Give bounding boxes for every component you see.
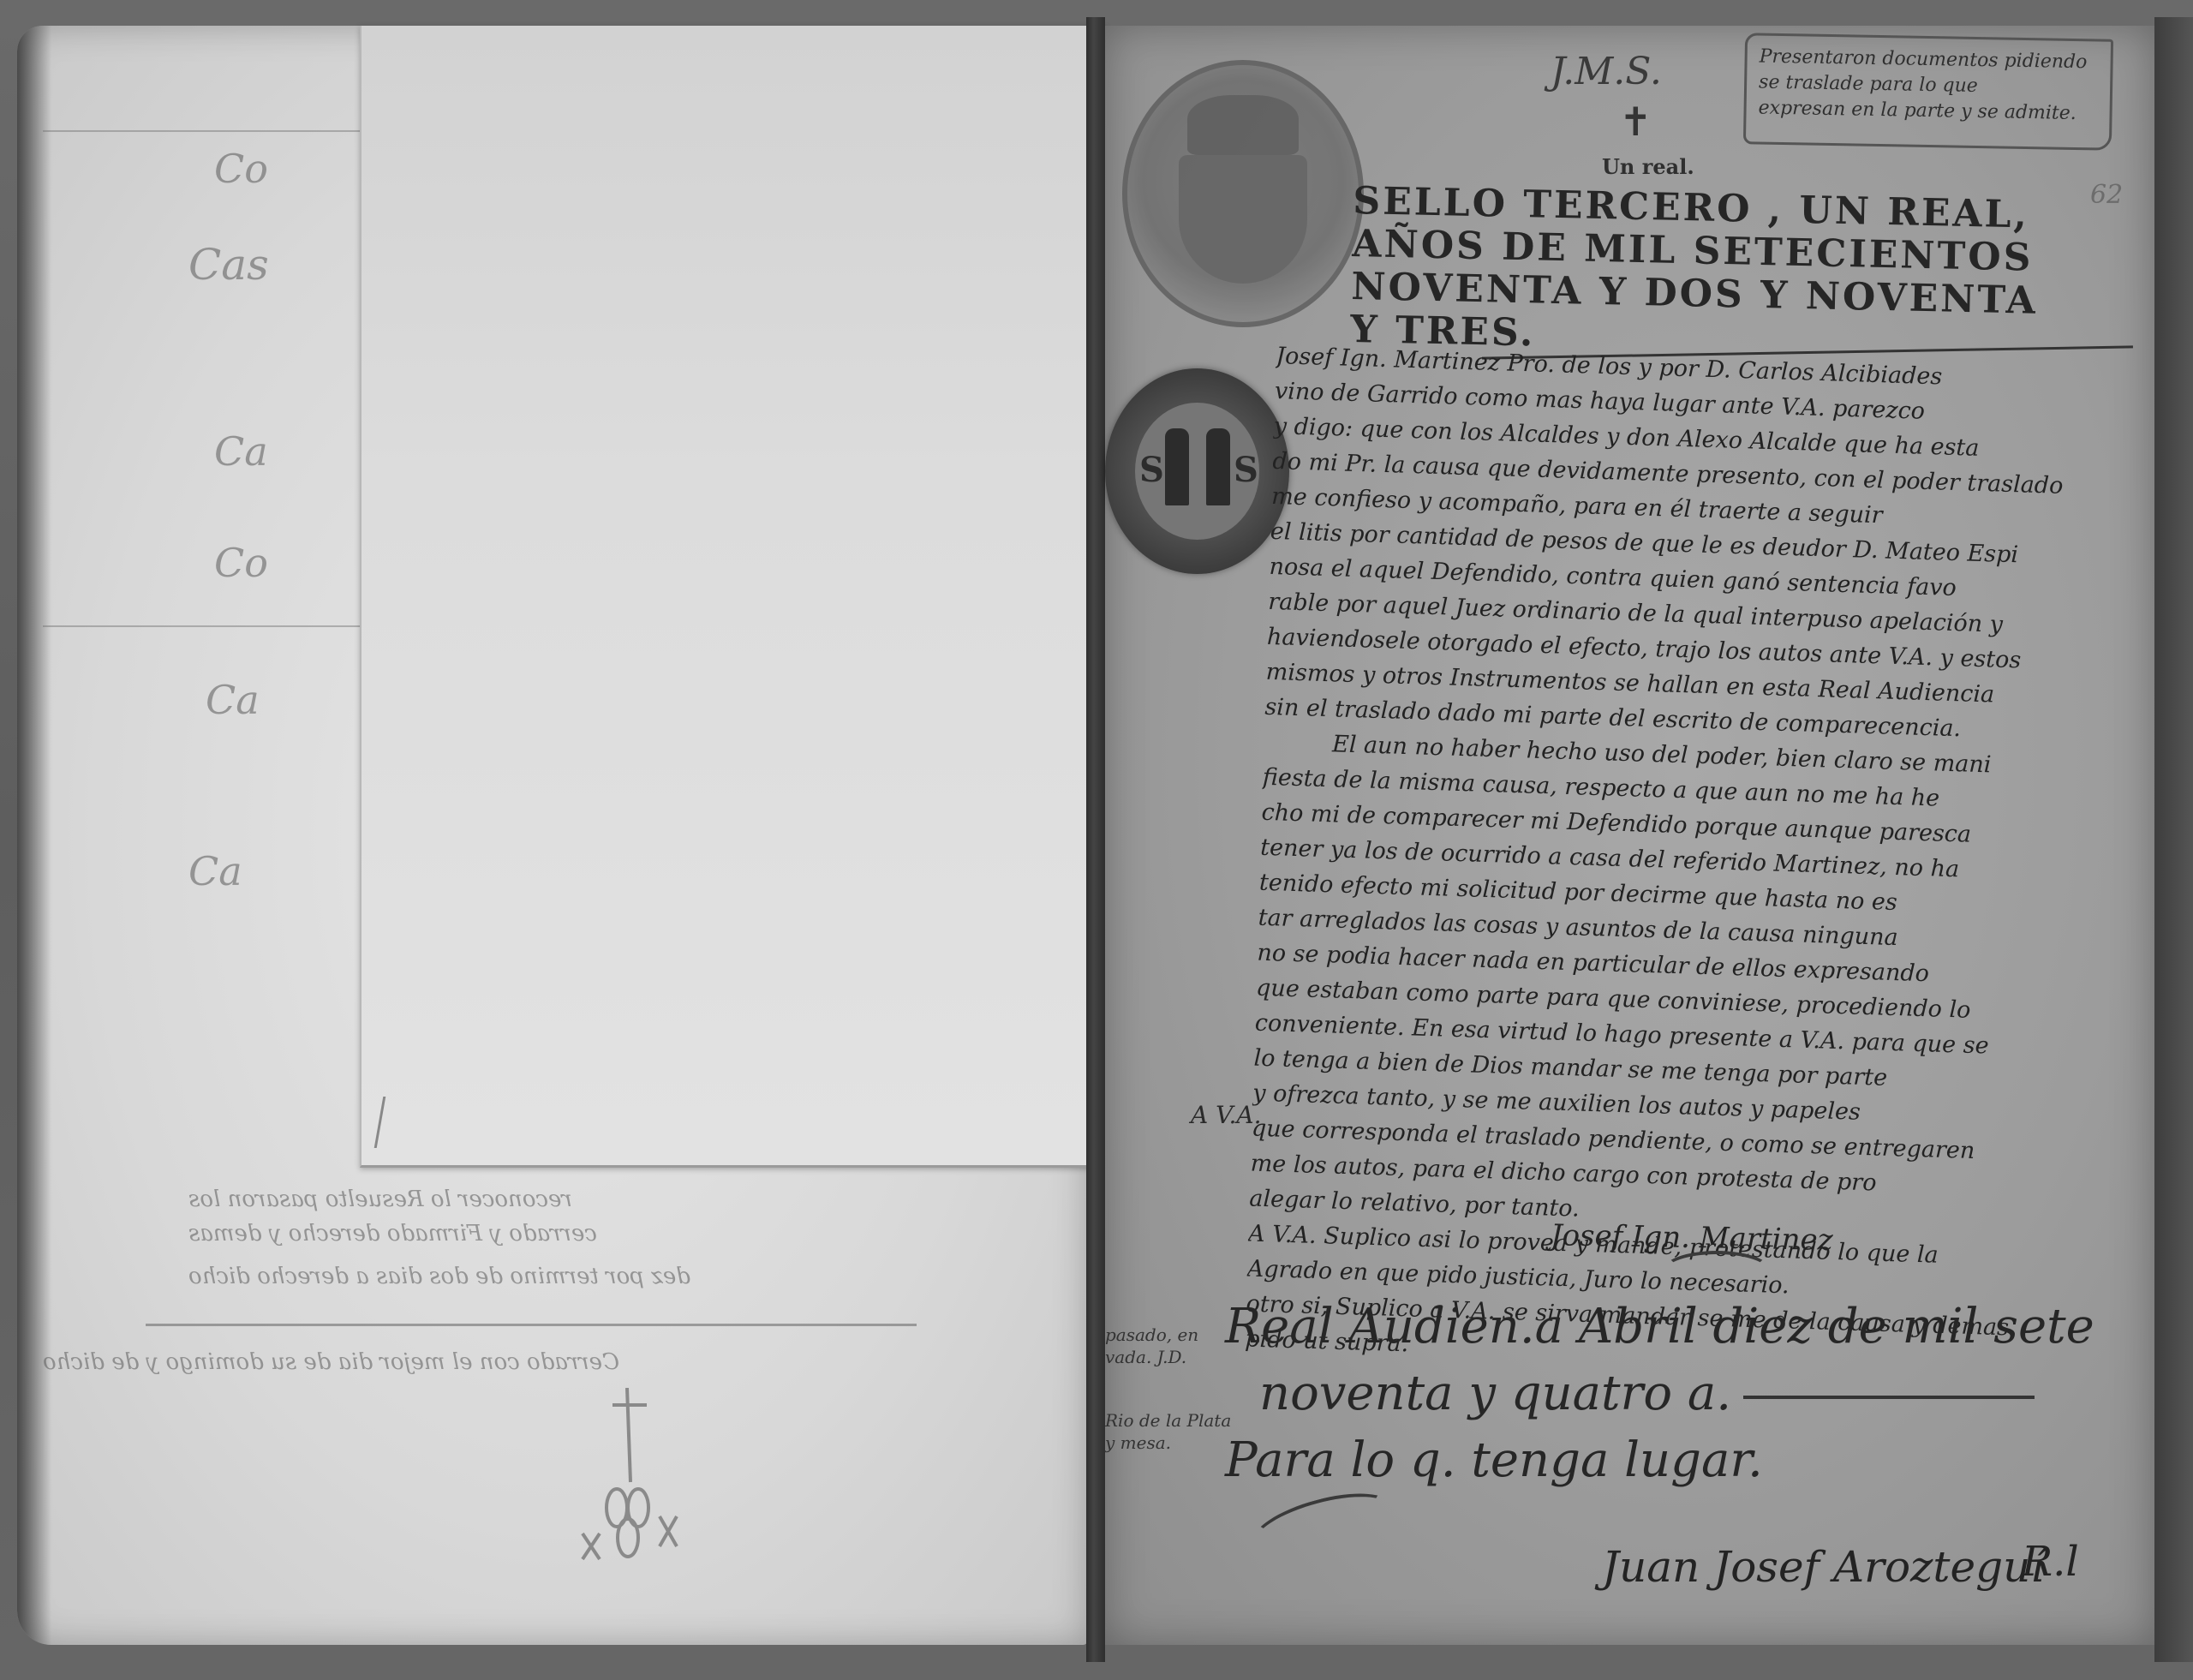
header-monogram: J.M.S. bbox=[1551, 50, 1662, 93]
bleed-through-line: Cerrado con el mejor dia de su domingo y… bbox=[43, 1349, 619, 1375]
seal-letter: S bbox=[1139, 450, 1164, 490]
pasted-paper-slip bbox=[360, 26, 1107, 1168]
margin-fragment: Ca bbox=[214, 428, 268, 475]
decree-line: Para lo q. tenga lugar. bbox=[1225, 1427, 2124, 1494]
right-page-edge bbox=[2154, 17, 2193, 1662]
tower-icon bbox=[1206, 428, 1230, 505]
side-note-spacer bbox=[1105, 1368, 1242, 1409]
slip-fold-mark bbox=[374, 1097, 429, 1148]
cross-monogram-icon bbox=[574, 1388, 685, 1585]
petitioner-signature: Josef Ign. Martinez bbox=[1551, 1218, 1833, 1258]
left-page-edge-shadow bbox=[17, 26, 51, 1645]
castle-seal-stamp: S S bbox=[1105, 368, 1289, 574]
tower-icon bbox=[1165, 428, 1189, 505]
margin-ruler-line bbox=[43, 625, 360, 627]
decree-rule bbox=[1743, 1396, 2035, 1399]
bleed-through-line: cerrado y Firmado derecho y demas bbox=[188, 1221, 597, 1247]
cross-icon: ✝ bbox=[1619, 99, 1652, 145]
bleed-through-line: reconocer lo Resuelto pasaron los bbox=[188, 1187, 572, 1212]
printed-stamp-heading: SELLO TERCERO , UN REAL, AÑOS DE MIL SET… bbox=[1350, 180, 2124, 368]
note-line: expresan en la parte y se admite. bbox=[1758, 96, 2097, 128]
book-gutter bbox=[1086, 17, 1105, 1662]
seal-letter: S bbox=[1234, 450, 1258, 490]
side-note-line: Rio de la Plata bbox=[1105, 1409, 1242, 1432]
signature-flourish bbox=[1662, 1251, 1772, 1292]
stamp-value-label: Un real. bbox=[1602, 154, 1694, 179]
margin-fragment: Ca bbox=[188, 848, 242, 894]
decree-line: noventa y quatro a. bbox=[1225, 1360, 2124, 1427]
court-decree: Real Audien.a Abril diez de mil sete nov… bbox=[1225, 1294, 2124, 1494]
rubric-initial: R.l bbox=[2022, 1538, 2079, 1586]
margin-ruler-line bbox=[43, 130, 360, 132]
coat-of-arms-icon bbox=[1179, 155, 1307, 284]
boxed-marginal-note: Presentaron documentos pidiendo se trasl… bbox=[1743, 33, 2113, 150]
decree-flourish bbox=[1246, 1481, 1398, 1567]
crown-icon bbox=[1187, 95, 1299, 155]
margin-fragment: Ca bbox=[206, 677, 260, 723]
bleed-through-line: dez por termino de dos dias a derecho di… bbox=[188, 1264, 690, 1289]
side-note-line: y mesa. bbox=[1105, 1432, 1242, 1454]
judge-signature: Juan Josef Arozteguí bbox=[1602, 1542, 2044, 1592]
margin-address-abbrev: A V.A. bbox=[1191, 1101, 1261, 1129]
decree-line: Real Audien.a Abril diez de mil sete bbox=[1225, 1294, 2124, 1360]
margin-fragment: Co bbox=[214, 146, 268, 192]
bleed-through-rule bbox=[146, 1324, 917, 1326]
side-note-line: vada. J.D. bbox=[1105, 1346, 1242, 1368]
right-page: J.M.S. ✝ Un real. Presentaron documentos… bbox=[1105, 26, 2154, 1645]
margin-fragment: Co bbox=[214, 540, 268, 586]
decree-line-text: noventa y quatro a. bbox=[1259, 1366, 1731, 1421]
margin-fragment: Cas bbox=[188, 240, 269, 290]
side-note-line: pasado, en bbox=[1105, 1324, 1242, 1346]
court-side-note: pasado, en vada. J.D. Rio de la Plata y … bbox=[1105, 1324, 1242, 1454]
crown-seal-stamp bbox=[1122, 60, 1364, 327]
left-page: Co Cas Ca Co Ca Ca reconocer lo Resuelto… bbox=[17, 26, 1088, 1645]
